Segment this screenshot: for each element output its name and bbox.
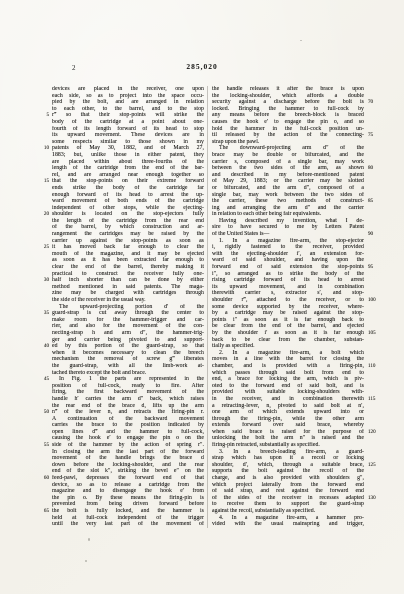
text-line: one arm of which extends upward into or xyxy=(212,409,381,416)
text-line: when it becomes necessary to clean the b… xyxy=(36,350,204,357)
line-number: 25 xyxy=(36,244,52,251)
text-line: 50n‴ of the lever n, and retracts the fi… xyxy=(36,409,204,416)
text-line: ends strike the body of the cartridge fa… xyxy=(36,185,204,192)
text-line-content: practical to construct the receiver full… xyxy=(52,271,204,278)
text-line: ward movement of both ends of the cartri… xyxy=(36,198,204,205)
text-line: 45In Fig. 1 the parts are represented in… xyxy=(36,376,204,383)
line-number xyxy=(36,482,52,489)
line-number: 70 xyxy=(364,99,381,106)
text-line-content: rangement the cartridges may be raised b… xyxy=(52,231,204,238)
scan-speck xyxy=(300,40,302,41)
text-line-content: independent of other stops, while the ej… xyxy=(52,205,204,212)
line-number xyxy=(36,297,52,304)
line-number xyxy=(36,198,52,205)
text-line: strap upon the pawl. xyxy=(212,139,381,146)
text-line-content: when it becomes necessary to clean the b… xyxy=(52,350,204,357)
text-line: body of the cartridge at a point about o… xyxy=(36,119,204,126)
text-line-content: body of the cartridge at a point about o… xyxy=(52,119,204,126)
line-number xyxy=(364,251,381,258)
line-number xyxy=(36,165,52,172)
line-number xyxy=(364,317,381,324)
text-line: rangement the cartridges may be raised b… xyxy=(36,231,204,238)
line-number xyxy=(364,106,381,113)
text-line-content: end, a brace for locking the arm, which … xyxy=(212,376,364,383)
text-line-content: vided with the usual mainspring and trig… xyxy=(212,521,364,528)
line-number xyxy=(36,330,52,337)
text-line-content: hold the hammer in the full-cock positio… xyxy=(212,126,364,133)
line-number xyxy=(364,455,381,462)
line-number xyxy=(36,264,52,271)
text-line: extends forward over said brace, whereby xyxy=(212,422,381,429)
line-number: 115 xyxy=(364,396,381,403)
text-line: 2. In a magazine fire-arm, a bolt which xyxy=(212,350,381,357)
text-line: chamber, and is provided with a firing-p… xyxy=(212,363,381,370)
text-line: rising cartridge forward of its head to … xyxy=(212,277,381,284)
text-line: end of the slot k″, striking the bevel e… xyxy=(36,468,204,475)
text-line-content: causing the hook e′ to engage the pin o … xyxy=(52,435,204,442)
line-number xyxy=(364,403,381,410)
text-line-content: each side, so as to project into the spa… xyxy=(52,93,204,100)
text-line: method mentioned in said patents. The ma… xyxy=(36,284,204,291)
text-line: 60feed-pawl, depresses the forward end o… xyxy=(36,475,204,482)
line-number xyxy=(364,488,381,495)
line-number xyxy=(364,119,381,126)
line-number xyxy=(364,284,381,291)
text-line-content: provided with suitable locking-shoulders… xyxy=(212,389,364,396)
text-line-content: guard-strap is cut away through the cent… xyxy=(52,310,204,317)
text-line-content: single bar, may work between the two sid… xyxy=(212,192,364,199)
text-line-content: of May 29, 1883; or the carrier may be s… xyxy=(212,178,364,185)
line-number xyxy=(364,178,381,185)
text-line-content: tially as specified. xyxy=(212,343,364,350)
line-number: 5 xyxy=(36,112,52,119)
line-number xyxy=(364,139,381,146)
text-line: carrier up against the stop-points as so… xyxy=(36,238,204,245)
text-line: forward end of said extension the stop-p… xyxy=(212,264,381,271)
line-number xyxy=(364,482,381,489)
line-number xyxy=(364,238,381,245)
text-line-content: ing and arranging the arm d″ and the car… xyxy=(212,205,364,212)
line-number xyxy=(364,449,381,456)
line-number xyxy=(36,356,52,363)
line-number xyxy=(36,323,52,330)
text-line: i″, so arranged as to strike the body of… xyxy=(212,271,381,278)
text-line-content: a retracting-lever, n, pivoted to said b… xyxy=(212,403,364,410)
text-line-content: ends strike the body of the cartridge fa… xyxy=(52,185,204,192)
text-line-content: movement of the handle brings the brace … xyxy=(52,455,204,462)
text-line-content: ed by this portion of the guard-strap, s… xyxy=(52,343,204,350)
text-line-content: firing-pin retracted, substantially as s… xyxy=(212,442,364,449)
line-number xyxy=(364,145,381,152)
text-line: 30half inch shorter than can be done by … xyxy=(36,277,204,284)
text-line-content: with the ejecting-shoulder i′, an extens… xyxy=(212,251,364,258)
line-number xyxy=(36,363,52,370)
line-number xyxy=(36,515,52,522)
text-line: tached thereto except the bolt and brace… xyxy=(36,370,204,377)
line-number: 45 xyxy=(36,376,52,383)
text-line-content: the side of the receiver in the usual wa… xyxy=(52,297,204,304)
line-number xyxy=(36,521,52,528)
text-line-content: its upward movement. These devices are i… xyxy=(52,132,204,139)
text-line: supports the bolt against the recoil of … xyxy=(212,468,381,475)
text-line-content: by the shoulder i′ as soon as it is far … xyxy=(212,330,364,337)
line-number xyxy=(364,310,381,317)
line-number xyxy=(364,435,381,442)
text-line-content: mouth of the magazine, and it may be eje… xyxy=(52,251,204,258)
text-line-content: the handle releases it after the brace i… xyxy=(212,86,364,93)
text-line-content: held at full-cock independent of the tri… xyxy=(52,515,204,522)
text-line: through the firing-pin, while the other … xyxy=(212,416,381,423)
text-line: held at full-cock independent of the tri… xyxy=(36,515,204,522)
text-line: pied by the bolt, and are arranged in re… xyxy=(36,99,204,106)
scan-speck xyxy=(85,560,87,562)
text-line-content: Having described my invention, what I de… xyxy=(212,218,364,225)
text-line: oted to the forward end of said bolt, an… xyxy=(212,383,381,390)
text-line: practical to construct the receiver full… xyxy=(36,271,204,278)
text-line: clear the end of the barrel, thereby mak… xyxy=(36,264,204,271)
text-line: which passes through said bolt from end … xyxy=(212,370,381,377)
text-line-content: which project laterally from the forward… xyxy=(212,482,364,489)
text-line: charge, and is also provided with should… xyxy=(212,475,381,482)
text-line: mouth of the magazine, and it may be eje… xyxy=(36,251,204,258)
line-number: 125 xyxy=(364,462,381,469)
text-line-content: be clear from the end of the barrel, and… xyxy=(212,323,364,330)
text-line: therewith carrier s, extractor s′, and s… xyxy=(212,290,381,297)
text-line-content: shoulder, d′, which, through a suitable … xyxy=(212,462,364,469)
line-number xyxy=(36,192,52,199)
text-line: 35guard-strap is cut away through the ce… xyxy=(36,310,204,317)
line-number: 20 xyxy=(36,211,52,218)
text-line: by a cartridge may be raised against the… xyxy=(212,310,381,317)
text-line-content: the pin o. By these means the firing-pin… xyxy=(52,495,204,502)
text-line: necting-strap h and arm d″, the hammer-t… xyxy=(36,330,204,337)
text-line: which project laterally from the forward… xyxy=(212,482,381,489)
line-number: 100 xyxy=(364,297,381,304)
text-line-content: charge, and is also provided with should… xyxy=(212,475,364,482)
text-line: 15that the stop-points on their extreme … xyxy=(36,178,204,185)
text-line: i, rigidly fastened to the receiver, pro… xyxy=(212,244,381,251)
text-line-content: i″, so arranged as to strike the body of… xyxy=(212,271,364,278)
line-number xyxy=(364,277,381,284)
text-line: In closing the arm the last part of the … xyxy=(36,449,204,456)
line-number xyxy=(364,356,381,363)
text-line: provided with suitable locking-shoulders… xyxy=(212,389,381,396)
text-line: magazine and to disengage the hook e′ fr… xyxy=(36,488,204,495)
text-line-content: devices are placed in the receiver, one … xyxy=(52,86,204,93)
line-number xyxy=(36,429,52,436)
line-number xyxy=(364,185,381,192)
line-number: 130 xyxy=(364,495,381,502)
line-number xyxy=(36,455,52,462)
line-number xyxy=(364,211,381,218)
line-number xyxy=(364,323,381,330)
text-line: firing-pin retracted, substantially as s… xyxy=(212,442,381,449)
line-number xyxy=(364,244,381,251)
text-line: handle h′ carries the arm d″ back, which… xyxy=(36,396,204,403)
line-number xyxy=(36,185,52,192)
line-number xyxy=(364,422,381,429)
line-number xyxy=(36,422,52,429)
line-number xyxy=(36,462,52,469)
line-number xyxy=(364,304,381,311)
text-line-content: strap upon the pawl. xyxy=(212,139,364,146)
text-line-content: rising cartridge forward of its head to … xyxy=(212,277,364,284)
text-line: 40ed by this portion of the guard-strap,… xyxy=(36,343,204,350)
text-line: of said strap, and rest against the forw… xyxy=(212,488,381,495)
line-number xyxy=(364,218,381,225)
text-line: end, a brace for locking the arm, which … xyxy=(212,376,381,383)
text-line: firing, the first backward movement of t… xyxy=(36,389,204,396)
line-number xyxy=(364,205,381,212)
text-line-content: therewith carrier s, extractor s′, and s… xyxy=(212,290,364,297)
line-number: 75 xyxy=(364,132,381,139)
text-line-content: which passes through said bolt from end … xyxy=(212,370,364,377)
text-line: 1883; but, unlike those in either patent… xyxy=(36,152,204,159)
line-number xyxy=(364,152,381,159)
text-line: The downward-projecting arm d″ of the xyxy=(212,145,381,152)
line-number xyxy=(364,172,381,179)
line-number xyxy=(36,86,52,93)
line-number xyxy=(36,257,52,264)
text-line: sire to have secured to me by Letters Pa… xyxy=(212,224,381,231)
text-line-content: chamber, and is provided with a firing-p… xyxy=(212,363,364,370)
text-line: until the very last part of the movement… xyxy=(36,521,204,528)
text-line-content: locked. Bringing the hammer to full-cock… xyxy=(212,106,364,113)
text-line-content: enough forward of its head to arrest the… xyxy=(52,192,204,199)
text-line-content: carries the brace to the position indica… xyxy=(52,422,204,429)
patent-number: 285,020 xyxy=(0,62,404,71)
text-line: some device supported by the receiver, w… xyxy=(212,304,381,311)
line-number: 55 xyxy=(36,442,52,449)
line-number xyxy=(364,370,381,377)
line-number xyxy=(36,284,52,291)
text-line-content: forward end of said extension the stop-p… xyxy=(212,264,364,271)
text-line-content: ger and carrier being pivoted to and sup… xyxy=(52,337,204,344)
text-line: its upward movement. These devices are i… xyxy=(36,132,204,139)
line-number xyxy=(36,106,52,113)
text-line: in the receiver, and in combination ther… xyxy=(212,396,381,403)
text-line-content: of said strap, and rest against the forw… xyxy=(212,488,364,495)
text-line-content: position of full-cock, ready to fire. Af… xyxy=(52,383,204,390)
text-line: the length of the cartridge from the rea… xyxy=(36,218,204,225)
text-line: vided with the usual mainspring and trig… xyxy=(212,521,381,528)
text-line-content: The upward-projecting portion d′ of the xyxy=(52,304,204,311)
text-line-content: magazine and to disengage the hook e′ fr… xyxy=(52,488,204,495)
line-number xyxy=(36,383,52,390)
text-line-content: til released by the action of the connec… xyxy=(212,132,364,139)
text-line-content: in the receiver, and in combination ther… xyxy=(212,396,364,403)
text-line-content: 3. In a breech-loading fire-arm, a guard… xyxy=(212,449,364,456)
text-line-content: the carrier, these two methods of constr… xyxy=(212,198,364,205)
line-number: 35 xyxy=(36,310,52,317)
line-number: 105 xyxy=(364,330,381,337)
text-line-content: method mentioned in said patents. The ma… xyxy=(52,284,204,291)
text-line-content: through the firing-pin, while the other … xyxy=(212,416,364,423)
text-line-content: or bifurcated, and the arm d″, composed … xyxy=(212,185,364,192)
text-line: or bifurcated, and the arm d″, composed … xyxy=(212,185,381,192)
text-line: carries the brace to the position indica… xyxy=(36,422,204,429)
line-number xyxy=(364,515,381,522)
text-line-content: between the two sides of the arm, as sho… xyxy=(212,165,364,172)
text-line-content: the length of the cartridge from the rea… xyxy=(52,218,204,225)
text-line-content: open lines d‴ and the hammer to full-coc… xyxy=(52,429,204,436)
line-number xyxy=(364,508,381,515)
line-number xyxy=(364,389,381,396)
line-number: 60 xyxy=(36,475,52,482)
line-number xyxy=(36,488,52,495)
text-line: causing the hook e′ to engage the pin o … xyxy=(36,435,204,442)
text-line: of the barrel, by which construction and… xyxy=(36,224,204,231)
text-line: by the shoulder i′ as soon as it is far … xyxy=(212,330,381,337)
two-column-text: devices are placed in the receiver, one … xyxy=(36,86,380,528)
text-line-content: ward movement of both ends of the cartri… xyxy=(52,198,204,205)
text-line-content: brace may be double or bifurcated, and t… xyxy=(212,152,364,159)
text-line-content: the bolt is fully locked, and the hammer… xyxy=(52,508,204,515)
text-line-content: when said brace is raised for the purpos… xyxy=(212,429,364,436)
text-line: devices are placed in the receiver, one … xyxy=(36,86,204,93)
line-number xyxy=(36,218,52,225)
line-number: 95 xyxy=(364,264,381,271)
line-number xyxy=(364,521,381,528)
line-number xyxy=(364,468,381,475)
text-line-content: are placed within about three-fourths of… xyxy=(52,159,204,166)
line-number xyxy=(364,376,381,383)
text-line: the handle releases it after the brace i… xyxy=(212,86,381,93)
text-line-content: and described in my before-mentioned pat… xyxy=(212,172,364,179)
text-line: of the sides of the receiver in recesses… xyxy=(212,495,381,502)
text-line: the side of the receiver in the usual wa… xyxy=(36,297,204,304)
text-line: position of full-cock, ready to fire. Af… xyxy=(36,383,204,390)
text-line-content: to receive them to support the guard-str… xyxy=(212,501,364,508)
text-line-content: unlocking the bolt the arm n″ is raised … xyxy=(212,435,364,442)
text-line: brace may be double or bifurcated, and t… xyxy=(212,152,381,159)
text-line-content: down before the locking-shoulder, and th… xyxy=(52,462,204,469)
text-line: points i″ as soon as it is far enough ba… xyxy=(212,317,381,324)
text-line: security against a discharge before the … xyxy=(212,99,381,106)
line-number: 65 xyxy=(36,508,52,515)
text-line-content: of the United States is— xyxy=(212,231,364,238)
line-number xyxy=(364,409,381,416)
text-line-content: i, rigidly fastened to the receiver, pro… xyxy=(212,244,364,251)
text-line-content: its upward movement, and in combination xyxy=(212,284,364,291)
text-line: with the ejecting-shoulder i′, an extens… xyxy=(212,251,381,258)
text-line: hold the hammer in the full-cock positio… xyxy=(212,126,381,133)
line-number xyxy=(36,495,52,502)
text-line-content: n‴ of the lever n, and retracts the firi… xyxy=(52,409,204,416)
text-line-content: carrier s, composed of a single bar, may… xyxy=(212,159,364,166)
text-line: of the United States is—90 xyxy=(212,231,381,238)
text-line-content: supports the bolt against the recoil of … xyxy=(212,468,364,475)
text-line-content: 1. In a magazine fire-arm, the stop-ejec… xyxy=(212,238,364,245)
text-line: of May 29, 1883; or the carrier may be s… xyxy=(212,178,381,185)
text-line: 55side of the hammer by the action of sp… xyxy=(36,442,204,449)
text-line-content: ward of said shoulder, and having upon t… xyxy=(212,257,364,264)
text-line-content: In Fig. 1 the parts are represented in t… xyxy=(52,376,204,383)
text-line: and described in my before-mentioned pat… xyxy=(212,172,381,179)
text-line-content: in relation to each other being fair equ… xyxy=(212,211,364,218)
text-line: its upward movement, and in combination xyxy=(212,284,381,291)
text-line-content: strap which has upon it a recoil or lock… xyxy=(212,455,364,462)
text-line-content: device, so as to release a cartridge fro… xyxy=(52,482,204,489)
text-line-content: points i″ as soon as it is far enough ba… xyxy=(212,317,364,324)
line-number xyxy=(364,290,381,297)
line-number xyxy=(36,389,52,396)
line-number xyxy=(36,317,52,324)
text-line: unlocking the bolt the arm n″ is raised … xyxy=(212,435,381,442)
text-line-content: fourth of its length forward of its head… xyxy=(52,126,204,133)
text-line-content: that the stop-points on their extreme fo… xyxy=(52,178,204,185)
line-number xyxy=(36,350,52,357)
line-number: 85 xyxy=(364,198,381,205)
patent-page: 2 285,020 devices are placed in the rece… xyxy=(0,0,404,594)
text-line: the guard-strap, with all the limb-work … xyxy=(36,363,204,370)
text-line: A continuation of the backward movement xyxy=(36,416,204,423)
line-number xyxy=(364,383,381,390)
text-line-content: of the barrel, by which construction and… xyxy=(52,224,204,231)
text-line-content: half inch shorter than can be done by ei… xyxy=(52,277,204,284)
text-line: 1. In a magazine fire-arm, the stop-ejec… xyxy=(212,238,381,245)
text-line-content: shoulder is located on the stop-ejectors… xyxy=(52,211,204,218)
text-line-content: The downward-projecting arm d″ of the xyxy=(212,145,364,152)
text-line: rier, and also for the movement of the c… xyxy=(36,323,204,330)
line-number: 15 xyxy=(36,178,52,185)
text-line-content: some respects similar to those shown in … xyxy=(52,139,204,146)
left-column: devices are placed in the receiver, one … xyxy=(36,86,204,528)
text-line: rel, and are arranged near enough togeth… xyxy=(36,172,204,179)
text-line-content: as soon as it has been extracted far eno… xyxy=(52,257,204,264)
text-line-content: security against a discharge before the … xyxy=(212,99,364,106)
text-line-content: side of the hammer by the action of spri… xyxy=(52,442,204,449)
text-line-content: oted to the forward end of said bolt, an… xyxy=(212,383,364,390)
text-line: mechanism the removal of screw g‴ libera… xyxy=(36,356,204,363)
text-line: prevented from being driven forward befo… xyxy=(36,501,204,508)
line-number: 90 xyxy=(364,231,381,238)
text-line-content: firing, the first backward movement of t… xyxy=(52,389,204,396)
line-number xyxy=(364,271,381,278)
text-line-content: rier, and also for the movement of the c… xyxy=(52,323,204,330)
text-line-content: A continuation of the backward movement xyxy=(52,416,204,423)
text-line: when said brace is raised for the purpos… xyxy=(212,429,381,436)
line-number xyxy=(36,501,52,508)
text-line-content: until the very last part of the movement… xyxy=(52,521,204,528)
text-line: to each other, to the barrel, and to the… xyxy=(36,106,204,113)
text-line: The upward-projecting portion d′ of the xyxy=(36,304,204,311)
text-line-content: one arm of which extends upward into or xyxy=(212,409,364,416)
text-line: movement of the handle brings the brace … xyxy=(36,455,204,462)
text-line: some respects similar to those shown in … xyxy=(36,139,204,146)
text-line-content: causes the hook e′ to engage the pin o, … xyxy=(212,119,364,126)
line-number xyxy=(36,159,52,166)
page-header: 2 285,020 xyxy=(0,62,404,74)
text-line-content: 4. In a magazine fire-arm, a hammer pro- xyxy=(212,515,364,522)
text-line-content: tached thereto except the bolt and brace… xyxy=(52,370,204,377)
text-line-content: 1883; but, unlike those in either patent… xyxy=(52,152,204,159)
text-line-content: end of the slot k″, striking the bevel e… xyxy=(52,468,204,475)
text-line-content: any means before the breech-block is bra… xyxy=(212,112,364,119)
text-line: ward of said shoulder, and having upon t… xyxy=(212,257,381,264)
text-line: locked. Bringing the hammer to full-cock… xyxy=(212,106,381,113)
text-line: til released by the action of the connec… xyxy=(212,132,381,139)
line-number: 120 xyxy=(364,429,381,436)
text-line: strap which has upon it a recoil or lock… xyxy=(212,455,381,462)
text-line: shoulder, d′, which, through a suitable … xyxy=(212,462,381,469)
text-line: causes the hook e′ to engage the pin o, … xyxy=(212,119,381,126)
text-line: 25it has moved back far enough to clear … xyxy=(36,244,204,251)
right-column: the handle releases it after the brace i… xyxy=(212,86,381,528)
line-number: 110 xyxy=(364,363,381,370)
text-line: single bar, may work between the two sid… xyxy=(212,192,381,199)
text-line: fourth of its length forward of its head… xyxy=(36,126,204,133)
